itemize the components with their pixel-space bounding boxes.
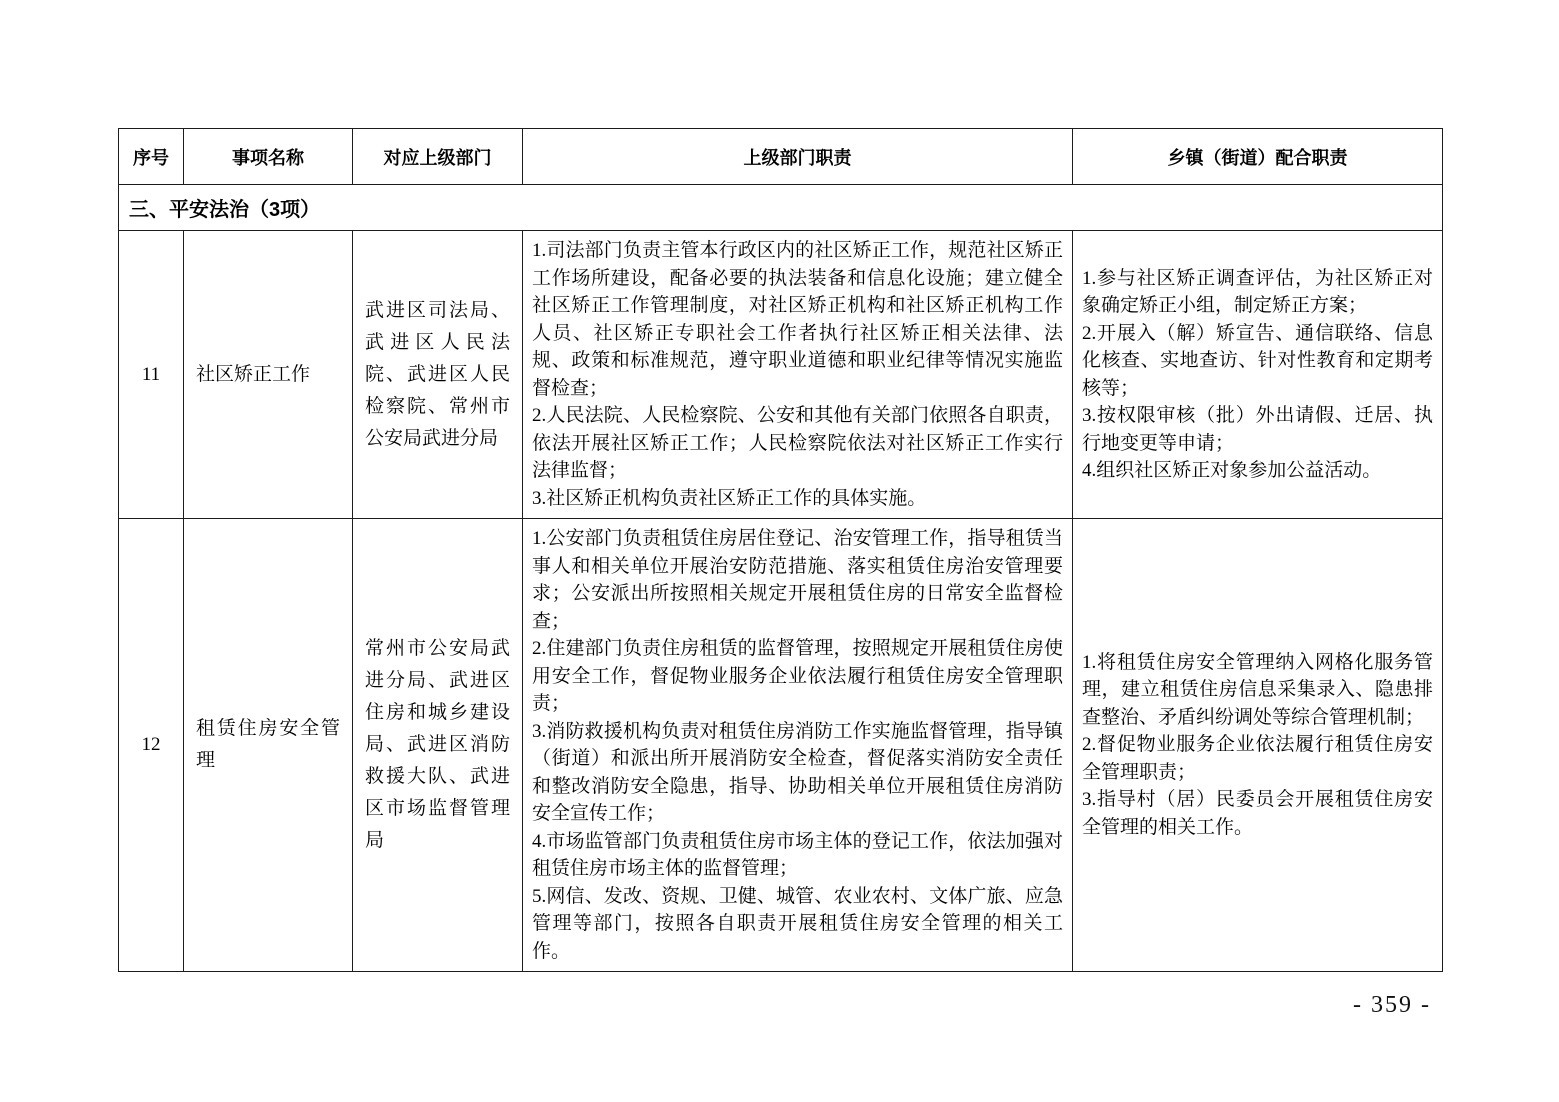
section-title: 三、平安法治（3项） [119,185,1443,231]
row-12-township-duties: 1.将租赁住房安全管理纳入网格化服务管理，建立租赁住房信息采集录入、隐患排查整治… [1073,519,1443,972]
row-11-serial-number: 11 [119,231,184,519]
header-serial-number: 序号 [119,129,184,185]
table-header-row: 序号 事项名称 对应上级部门 上级部门职责 乡镇（街道）配合职责 [119,129,1443,185]
row-12-serial-number: 12 [119,519,184,972]
row-11-superior-duties: 1.司法部门负责主管本行政区内的社区矫正工作，规范社区矫正工作场所建设，配备必要… [523,231,1073,519]
row-12-superior-duties: 1.公安部门负责租赁住房居住登记、治安管理工作，指导租赁当事人和相关单位开展治安… [523,519,1073,972]
page-number: - 359 - [1353,992,1431,1019]
row-12-superior-department: 常州市公安局武进分局、武进区住房和城乡建设局、武进区消防救援大队、武进区市场监督… [353,519,523,972]
table-row: 12 租赁住房安全管理 常州市公安局武进分局、武进区住房和城乡建设局、武进区消防… [119,519,1443,972]
row-11-township-duties: 1.参与社区矫正调查评估，为社区矫正对象确定矫正小组，制定矫正方案； 2.开展入… [1073,231,1443,519]
header-township-duties: 乡镇（街道）配合职责 [1073,129,1443,185]
document-page: 序号 事项名称 对应上级部门 上级部门职责 乡镇（街道）配合职责 三、平安法治（… [0,0,1559,1102]
row-11-item-name: 社区矫正工作 [184,231,353,519]
table-row: 11 社区矫正工作 武进区司法局、武进区人民法院、武进区人民检察院、常州市公安局… [119,231,1443,519]
header-superior-duties: 上级部门职责 [523,129,1073,185]
header-superior-department: 对应上级部门 [353,129,523,185]
row-11-superior-department: 武进区司法局、武进区人民法院、武进区人民检察院、常州市公安局武进分局 [353,231,523,519]
responsibility-table: 序号 事项名称 对应上级部门 上级部门职责 乡镇（街道）配合职责 三、平安法治（… [118,128,1443,972]
section-row: 三、平安法治（3项） [119,185,1443,231]
header-item-name: 事项名称 [184,129,353,185]
row-12-item-name: 租赁住房安全管理 [184,519,353,972]
